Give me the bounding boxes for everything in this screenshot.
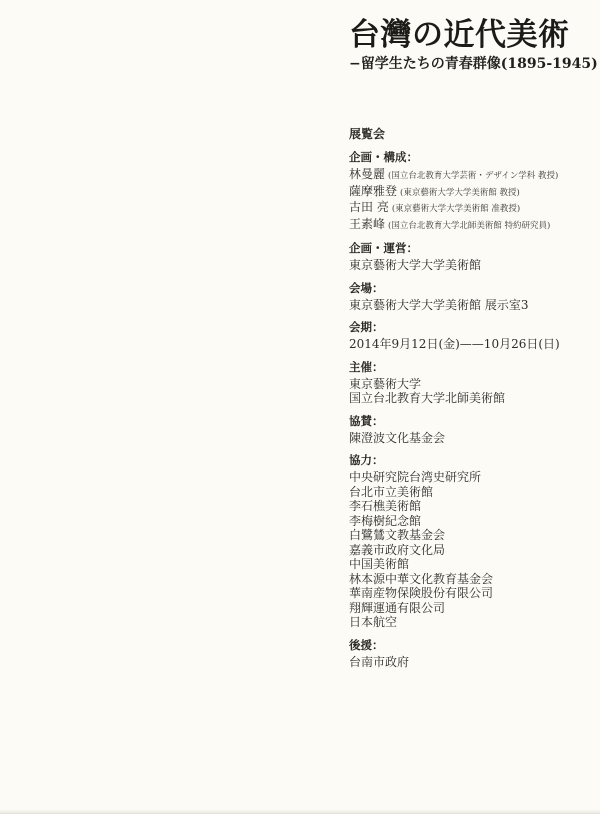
credit-person: 王素峰(国立台北教育大学北師美術館 特約研究員)	[349, 217, 589, 234]
exhibition-subtitle: −留学生たちの青春群像(1895-1945)	[349, 56, 589, 73]
cooperation-line: 白鷺鷥文教基金会	[349, 528, 589, 543]
credits-heading: 企画・構成：	[349, 150, 589, 164]
cooperation-line: 翔輝運通有限公司	[349, 601, 589, 616]
management-heading: 企画・運営：	[349, 241, 589, 255]
credit-person: 古田 亮(東京藝術大学大学美術館 准教授)	[349, 200, 589, 217]
support-line: 台南市政府	[349, 655, 589, 670]
person-name: 王素峰	[349, 217, 385, 231]
sponsor-heading: 協賛：	[349, 414, 589, 428]
sponsor-line: 陳澄波文化基金会	[349, 431, 589, 446]
credit-person: 林曼麗(国立台北教育大学芸術・デザイン学科 教授)	[349, 167, 589, 184]
section-management: 企画・運営： 東京藝術大学大学美術館	[349, 241, 589, 273]
cooperation-heading: 協力：	[349, 453, 589, 467]
person-name: 古田 亮	[349, 200, 389, 214]
cooperation-line: 華南産物保険股份有限公司	[349, 586, 589, 601]
exhibition-section-label: 展覧会	[349, 127, 589, 141]
support-heading: 後援：	[349, 638, 589, 652]
cooperation-line: 台北市立美術館	[349, 485, 589, 500]
organizer-line: 国立台北教育大学北師美術館	[349, 391, 589, 406]
text-column: 台灣の近代美術 −留学生たちの青春群像(1895-1945) 展覧会 企画・構成…	[349, 17, 589, 669]
section-organizers: 主催： 東京藝術大学 国立台北教育大学北師美術館	[349, 360, 589, 406]
person-affiliation: (国立台北教育大学芸術・デザイン学科 教授)	[388, 171, 558, 181]
section-cooperation: 協力： 中央研究院台湾史研究所 台北市立美術館 李石樵美術館 李梅樹紀念館 白鷺…	[349, 453, 589, 630]
section-venue: 会場： 東京藝術大学大学美術館 展示室3	[349, 281, 589, 313]
section-support: 後援： 台南市政府	[349, 638, 589, 670]
venue-line: 東京藝術大学大学美術館 展示室3	[349, 298, 589, 313]
section-sponsor: 協賛： 陳澄波文化基金会	[349, 414, 589, 446]
organizers-heading: 主催：	[349, 360, 589, 374]
cooperation-line: 林本源中華文化教育基金会	[349, 572, 589, 587]
exhibition-info: 展覧会 企画・構成： 林曼麗(国立台北教育大学芸術・デザイン学科 教授) 薩摩雅…	[349, 127, 589, 669]
cooperation-line: 嘉義市政府文化局	[349, 543, 589, 558]
section-period: 会期： 2014年9月12日(金)——10月26日(日)	[349, 320, 589, 352]
person-affiliation: (東京藝術大学大学美術館 教授)	[400, 188, 520, 198]
cooperation-line: 李梅樹紀念館	[349, 514, 589, 529]
person-affiliation: (国立台北教育大学北師美術館 特約研究員)	[388, 221, 550, 231]
person-name: 薩摩雅登	[349, 184, 397, 198]
period-line: 2014年9月12日(金)——10月26日(日)	[349, 337, 589, 352]
credit-person: 薩摩雅登(東京藝術大学大学美術館 教授)	[349, 184, 589, 201]
title-block: 台灣の近代美術 −留学生たちの青春群像(1895-1945)	[349, 17, 589, 73]
person-affiliation: (東京藝術大学大学美術館 准教授)	[392, 204, 520, 214]
paper-bottom-edge	[0, 809, 600, 814]
cooperation-line: 中国美術館	[349, 557, 589, 572]
person-name: 林曼麗	[349, 167, 385, 181]
organizer-line: 東京藝術大学	[349, 377, 589, 392]
exhibition-title: 台灣の近代美術	[349, 17, 589, 54]
catalog-colophon-page: 台灣の近代美術 −留学生たちの青春群像(1895-1945) 展覧会 企画・構成…	[0, 0, 600, 814]
cooperation-line: 日本航空	[349, 615, 589, 630]
section-credits: 企画・構成： 林曼麗(国立台北教育大学芸術・デザイン学科 教授) 薩摩雅登(東京…	[349, 150, 589, 233]
cooperation-line: 李石樵美術館	[349, 499, 589, 514]
venue-heading: 会場：	[349, 281, 589, 295]
management-line: 東京藝術大学大学美術館	[349, 258, 589, 273]
period-heading: 会期：	[349, 320, 589, 334]
cooperation-line: 中央研究院台湾史研究所	[349, 470, 589, 485]
